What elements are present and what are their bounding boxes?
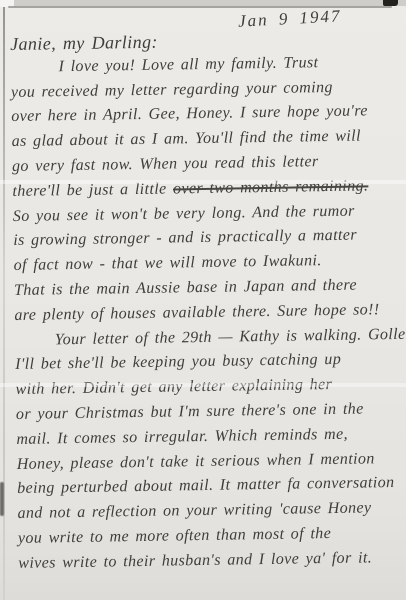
letter-body: Janie, my Darling: I love you! Love all … [10,28,406,580]
letter-page: Jan 9 1947 Janie, my Darling: I love you… [0,0,406,600]
struck-text: over two months remaining. [173,177,369,197]
letter-date: Jan 9 1947 [238,6,342,31]
scan-left-edge-blob [0,482,4,516]
letter-line: wives write to their husban's and I love… [18,548,406,579]
strike-line-pre: there'll be just a little [12,180,173,200]
scan-corner-mark [383,0,398,6]
